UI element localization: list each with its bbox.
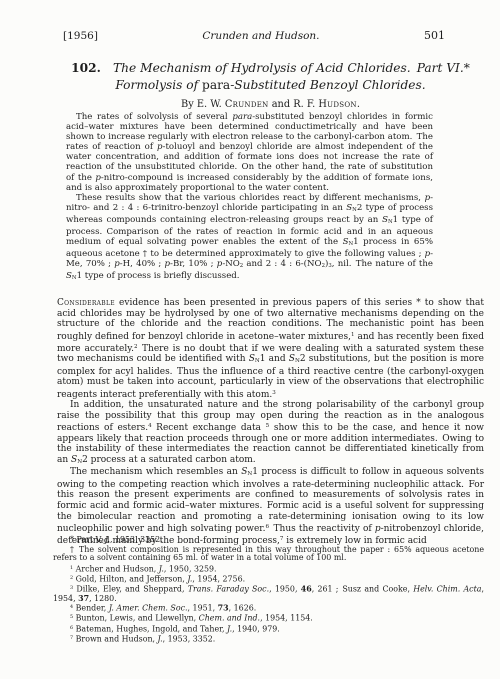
footnotes: * Part V, J., 1953, 3352. † The solvent … [53, 536, 484, 644]
footnote-item: 5 Bunton, Lewis, and Llewellyn, Chem. an… [53, 613, 484, 623]
article-title-line-1: 102. The Mechanism of Hydrolysis of Acid… [57, 60, 484, 77]
abstract-paragraph: The rates of solvolysis of several para-… [66, 112, 433, 193]
body-paragraph: Considerable evidence has been presented… [57, 298, 484, 400]
header-running-title: Crunden and Hudson. [98, 30, 424, 42]
footnote-item: 2 Gold, Hilton, and Jefferson, J., 1954,… [53, 574, 484, 584]
footnote-item: 4 Bender, J. Amer. Chem. Soc., 1951, 73,… [53, 603, 484, 613]
journal-page: [1956] Crunden and Hudson. 501 102. The … [0, 0, 500, 679]
footnote-item: 6 Bateman, Hughes, Ingold, and Taher, J.… [53, 624, 484, 634]
byline: By E. W. Crunden and R. F. Hudson. [57, 99, 484, 110]
article-title-line-2: Formolysis of para-Substituted Benzoyl C… [57, 77, 484, 94]
footnote-item: † The solvent composition is represented… [53, 546, 484, 563]
footnote-item: 1 Archer and Hudson, J., 1950, 3259. [53, 564, 484, 574]
article-body: Considerable evidence has been presented… [57, 298, 484, 547]
header-year: [1956] [63, 30, 98, 42]
abstract-paragraph: These results show that the various chlo… [66, 193, 433, 284]
body-paragraph: In addition, the unsaturated nature and … [57, 400, 484, 467]
footnote-item: 7 Brown and Hudson, J., 1953, 3352. [53, 634, 484, 644]
running-head: [1956] Crunden and Hudson. 501 [63, 29, 445, 42]
footnote-item: 3 Dilke, Eley, and Sheppard, Trans. Fara… [53, 584, 484, 603]
abstract: The rates of solvolysis of several para-… [66, 112, 433, 283]
article-title: 102. The Mechanism of Hydrolysis of Acid… [57, 60, 484, 93]
header-page-number: 501 [424, 29, 445, 42]
footnote-item: * Part V, J., 1953, 3352. [53, 536, 484, 545]
